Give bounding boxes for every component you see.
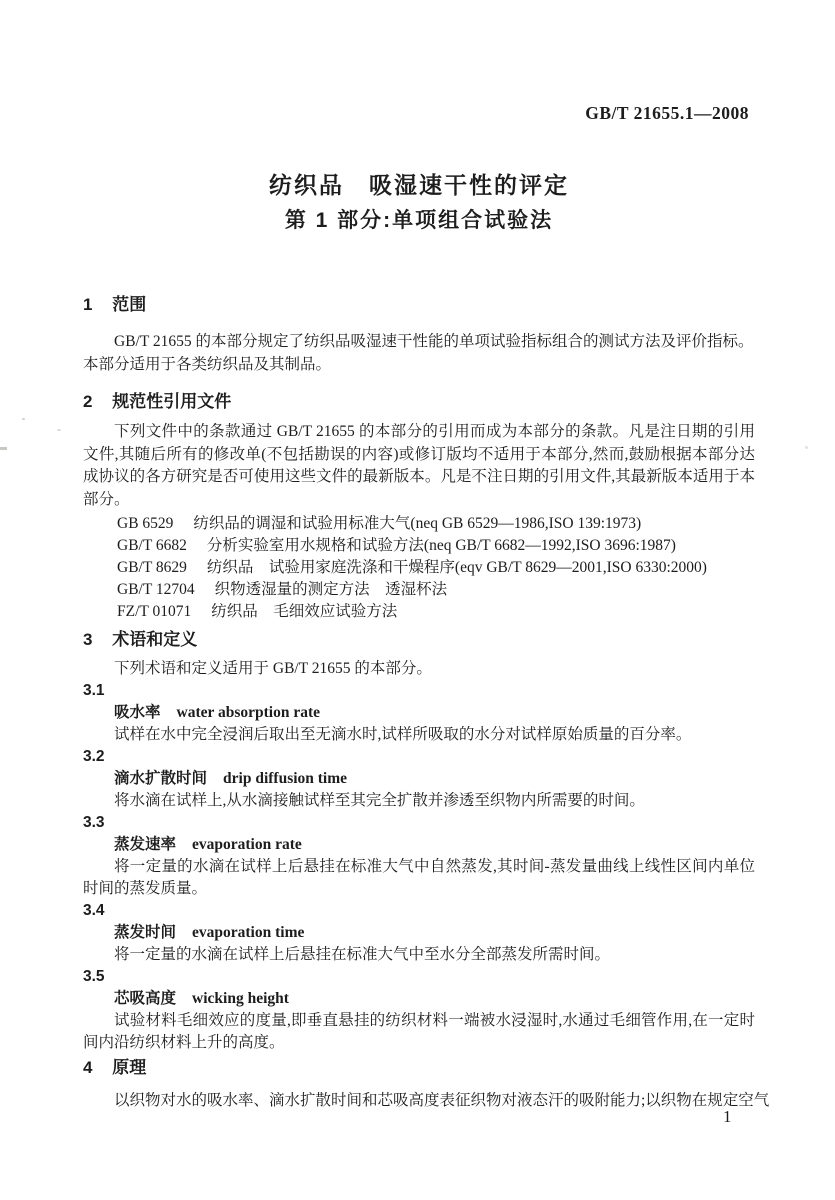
normative-references-paragraph: 下列文件中的条款通过 GB/T 21655 的本部分的引用而成为本部分的条款。凡…	[83, 421, 755, 511]
reference-code: FZ/T 01071	[117, 601, 191, 623]
reference-title: 分析实验室用水规格和试验方法(neq GB/T 6682—1992,ISO 36…	[207, 537, 676, 554]
reference-item: GB 6529纺织品的调湿和试验用标准大气(neq GB 6529—1986,I…	[83, 513, 755, 535]
scope-paragraph-1: GB/T 21655 的本部分规定了纺织品吸湿速干性能的单项试验指标组合的测试方…	[83, 330, 755, 353]
reference-code: GB/T 12704	[117, 579, 195, 601]
section-2-heading: 2 规范性引用文件	[83, 390, 755, 414]
clause-number: 3.3	[83, 812, 755, 834]
term-en: evaporation rate	[192, 836, 302, 853]
reference-code: GB/T 8629	[117, 557, 187, 579]
section-1-title: 范围	[112, 295, 146, 314]
section-3-title: 术语和定义	[112, 630, 197, 649]
section-2-number: 2	[83, 390, 92, 414]
clause-number: 3.1	[83, 680, 755, 702]
term-title: 蒸发时间evaporation time	[83, 922, 755, 944]
reference-item: GB/T 6682分析实验室用水规格和试验方法(neq GB/T 6682—19…	[83, 535, 755, 557]
reference-title: 纺织品 试验用家庭洗涤和干燥程序(eqv GB/T 8629—2001,ISO …	[207, 559, 707, 576]
page-number: 1	[723, 1107, 732, 1127]
scan-artifact	[805, 446, 808, 449]
term-en: drip diffusion time	[223, 770, 347, 787]
scope-paragraph-2: 本部分适用于各类纺织品及其制品。	[83, 353, 755, 376]
section-1-number: 1	[83, 293, 92, 317]
section-4-title: 原理	[112, 1058, 146, 1077]
reference-title: 纺织品 毛细效应试验方法	[211, 603, 397, 620]
term-zh: 蒸发时间	[114, 924, 176, 941]
term-title: 吸水率water absorption rate	[83, 702, 755, 724]
term-en: water absorption rate	[177, 704, 321, 721]
scanned-standard-page: { "colors": { "ink": "#1d1d1d", "paper":…	[0, 0, 835, 1200]
section-4-number: 4	[83, 1056, 92, 1080]
scan-artifact	[22, 418, 25, 420]
section-3-number: 3	[83, 628, 92, 652]
reference-item: GB/T 8629纺织品 试验用家庭洗涤和干燥程序(eqv GB/T 8629—…	[83, 557, 755, 579]
scan-artifact	[57, 429, 61, 431]
page-content: GB/T 21655.1—2008 纺织品 吸湿速干性的评定 第 1 部分:单项…	[83, 0, 755, 1112]
section-4-heading: 4 原理	[83, 1056, 755, 1080]
term-definition: 试样在水中完全浸润后取出至无滴水时,试样所吸取的水分对试样原始质量的百分率。	[83, 724, 755, 746]
reference-title: 纺织品的调湿和试验用标准大气(neq GB 6529—1986,ISO 139:…	[193, 515, 641, 532]
document-title-line1: 纺织品 吸湿速干性的评定	[83, 170, 755, 200]
document-title-line2: 第 1 部分:单项组合试验法	[83, 207, 755, 235]
reference-code: GB/T 6682	[117, 535, 187, 557]
reference-item: GB/T 12704织物透湿量的测定方法 透湿杯法	[83, 579, 755, 601]
term-definition: 将一定量的水滴在试样上后悬挂在标准大气中至水分全部蒸发所需时间。	[83, 944, 755, 966]
term-definition: 试验材料毛细效应的度量,即垂直悬挂的纺织材料一端被水浸湿时,水通过毛细管作用,在…	[83, 1010, 755, 1054]
principle-paragraph: 以织物对水的吸水率、滴水扩散时间和芯吸高度表征织物对液态汗的吸附能力;以织物在规…	[83, 1089, 755, 1112]
clause-number: 3.5	[83, 966, 755, 988]
term-title: 芯吸高度wicking height	[83, 988, 755, 1010]
section-2-title: 规范性引用文件	[112, 392, 231, 411]
terms-intro: 下列术语和定义适用于 GB/T 21655 的本部分。	[83, 658, 755, 680]
term-zh: 吸水率	[114, 704, 161, 721]
term-zh: 滴水扩散时间	[114, 770, 207, 787]
normative-references-list: GB 6529纺织品的调湿和试验用标准大气(neq GB 6529—1986,I…	[83, 513, 755, 623]
standard-number: GB/T 21655.1—2008	[83, 103, 755, 124]
scan-artifact	[0, 447, 7, 450]
term-en: evaporation time	[192, 924, 304, 941]
term-title: 滴水扩散时间drip diffusion time	[83, 768, 755, 790]
term-3-1: 3.1 吸水率water absorption rate 试样在水中完全浸润后取…	[83, 680, 755, 746]
term-3-5: 3.5 芯吸高度wicking height 试验材料毛细效应的度量,即垂直悬挂…	[83, 966, 755, 1054]
term-title: 蒸发速率evaporation rate	[83, 834, 755, 856]
term-en: wicking height	[192, 990, 289, 1007]
clause-number: 3.2	[83, 746, 755, 768]
section-1-heading: 1 范围	[83, 293, 755, 317]
reference-item: FZ/T 01071纺织品 毛细效应试验方法	[83, 601, 755, 623]
scan-artifact	[299, 800, 303, 802]
term-zh: 蒸发速率	[114, 836, 176, 853]
term-3-4: 3.4 蒸发时间evaporation time 将一定量的水滴在试样上后悬挂在…	[83, 900, 755, 966]
term-zh: 芯吸高度	[114, 990, 176, 1007]
reference-title: 织物透湿量的测定方法 透湿杯法	[215, 581, 448, 598]
term-definition: 将水滴在试样上,从水滴接触试样至其完全扩散并渗透至织物内所需要的时间。	[83, 790, 755, 812]
term-3-2: 3.2 滴水扩散时间drip diffusion time 将水滴在试样上,从水…	[83, 746, 755, 812]
term-definition: 将一定量的水滴在试样上后悬挂在标准大气中自然蒸发,其时间-蒸发量曲线上线性区间内…	[83, 856, 755, 900]
section-3-heading: 3 术语和定义	[83, 628, 755, 652]
reference-code: GB 6529	[117, 513, 173, 535]
term-3-3: 3.3 蒸发速率evaporation rate 将一定量的水滴在试样上后悬挂在…	[83, 812, 755, 900]
clause-number: 3.4	[83, 900, 755, 922]
